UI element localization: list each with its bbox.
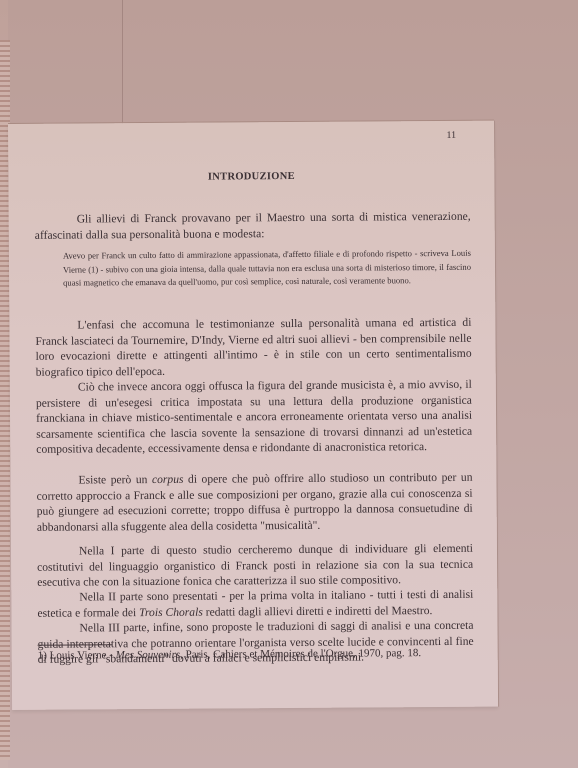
document-page: 11 INTRODUZIONE Gli allievi di Franck pr… (8, 121, 498, 710)
paragraph-intro-text: Gli allievi di Franck provavano per il M… (35, 210, 471, 242)
footnote-text-b: , Paris, Cahiers et Mémoires de l'Orgue,… (180, 647, 421, 661)
page-title: INTRODUZIONE (8, 170, 494, 184)
paragraph-esegesi: Ciò che invece ancora oggi offusca la fi… (36, 377, 473, 458)
paragraph-enfasi: L'enfasi che accomuna le testimonianze s… (35, 315, 471, 380)
paragraph-corpus-italic: corpus (152, 473, 184, 486)
page-fold-line (122, 0, 123, 130)
paragraph-parte-1-text: Nella I parte di questo studio cercherem… (37, 542, 473, 589)
paragraph-intro: Gli allievi di Franck provavano per il M… (35, 209, 471, 243)
paragraph-corpus: Esiste però un corpus di opere che può o… (36, 470, 472, 535)
paragraph-esegesi-text: Ciò che invece ancora oggi offusca la fi… (36, 378, 472, 456)
footnote-italic-title: Mes Souvenirs (116, 649, 181, 661)
block-quote: Avevo per Franck un culto fatto di ammir… (63, 247, 471, 291)
paragraph-parte-2-text-b: redatti dagli allievi diretti e indirett… (203, 604, 433, 619)
paragraph-parte-2: Nella II parte sono presentati - per la … (37, 587, 473, 621)
paragraph-parte-1: Nella I parte di questo studio cercherem… (37, 541, 473, 591)
paragraph-corpus-text-a: Esiste però un (78, 473, 152, 487)
paragraph-enfasi-text: L'enfasi che accomuna le testimonianze s… (35, 316, 471, 379)
footnote-text-a: 1) Louis Vierne - (38, 649, 116, 662)
paragraph-parte-2-italic: Trois Chorals (139, 605, 203, 618)
page-number: 11 (446, 130, 456, 141)
